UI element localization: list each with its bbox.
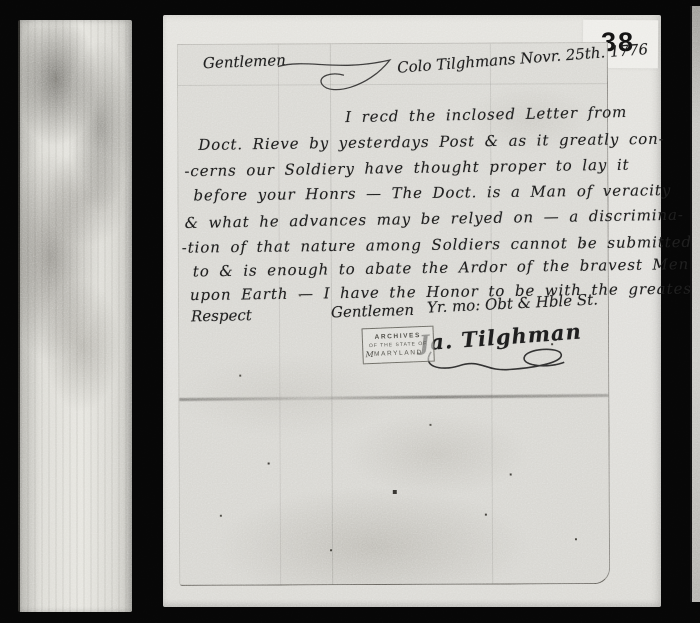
- scanned-document-photo: 38 Gentlemen Colo Tilghmans Novr. 25th. …: [0, 0, 700, 623]
- adjacent-page-edge: [18, 20, 132, 612]
- body-line: to & is enough to abate the Ardor of the…: [193, 255, 690, 280]
- signature-flourish: [423, 343, 573, 380]
- salutation: Gentlemen: [203, 51, 287, 72]
- stamp-corner-mark: M: [365, 349, 374, 361]
- fold-crease-vertical-1: [278, 44, 281, 584]
- dateline: Colo Tilghmans Novr. 25th. 1776: [397, 40, 649, 77]
- body-line: before your Honrs — The Doct. is a Man o…: [193, 181, 671, 204]
- fold-crease-vertical-3: [490, 44, 493, 584]
- body-line: -cerns our Soldiery have thought proper …: [184, 156, 629, 181]
- body-line: & what he advances may be relyed on — a …: [184, 206, 683, 232]
- ink-specks: [178, 45, 180, 47]
- letter-page: Gentlemen Colo Tilghmans Novr. 25th. 177…: [177, 42, 610, 586]
- right-page-edge: [690, 6, 700, 602]
- body-line: -tion of that nature among Soldiers cann…: [182, 233, 692, 257]
- body-line: Doct. Rieve by yesterdays Post & as it g…: [198, 130, 665, 154]
- archives-stamp: ARCHIVES OF THE STATE OF MARYLAND M: [361, 326, 434, 365]
- closing-salutation: Gentlemen: [331, 301, 414, 322]
- closing-respect: Respect: [191, 306, 252, 325]
- fold-crease-horizontal-main: [179, 394, 608, 401]
- salutation-flourish: [276, 54, 396, 97]
- body-line: I recd the inclosed Letter from: [345, 103, 627, 126]
- main-backing-sheet: 38 Gentlemen Colo Tilghmans Novr. 25th. …: [163, 15, 661, 607]
